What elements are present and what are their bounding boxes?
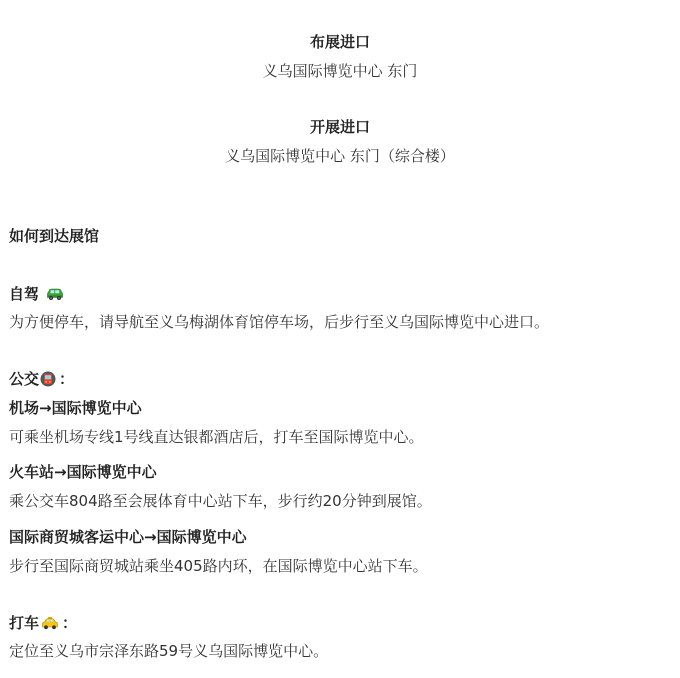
bus-route-3-text: 步行至国际商贸城站乘坐405路内环，在国际博览中心站下车。 (9, 556, 428, 576)
bus-route-2-text: 乘公交车804路至会展体育中心站下车，步行约20分钟到展馆。 (9, 491, 432, 511)
driving-heading: 自驾 (9, 284, 64, 304)
taxi-icon (41, 615, 59, 631)
open-entrance-section: 开展进口 义乌国际博览中心 东门（综合楼） (0, 117, 680, 166)
bus-heading: 公交 ： (9, 369, 74, 389)
taxi-label: 打车 (9, 614, 39, 632)
directions-heading: 如何到达展馆 (9, 226, 99, 246)
bus-label: 公交 (9, 370, 39, 388)
open-entrance-title: 开展进口 (0, 117, 680, 137)
bus-icon (40, 371, 56, 387)
setup-entrance-title: 布展进口 (0, 32, 680, 52)
car-icon (46, 286, 64, 302)
taxi-text: 定位至义乌市宗泽东路59号义乌国际博览中心。 (9, 641, 328, 661)
taxi-colon: ： (62, 614, 77, 632)
setup-entrance-section: 布展进口 义乌国际博览中心 东门 (0, 32, 680, 81)
driving-text: 为方便停车，请导航至义乌梅湖体育馆停车场，后步行至义乌国际博览中心进口。 (9, 312, 549, 332)
bus-route-1-title: 机场→国际博览中心 (9, 398, 142, 418)
bus-route-2-title: 火车站→国际博览中心 (9, 462, 157, 482)
bus-route-1-text: 可乘坐机场专线1号线直达银都酒店后，打车至国际博览中心。 (9, 427, 424, 447)
taxi-heading: 打车 ： (9, 613, 77, 633)
open-entrance-location: 义乌国际博览中心 东门（综合楼） (0, 146, 680, 166)
driving-label: 自驾 (9, 285, 39, 303)
setup-entrance-location: 义乌国际博览中心 东门 (0, 61, 680, 81)
bus-colon: ： (59, 370, 74, 388)
bus-route-3-title: 国际商贸城客运中心→国际博览中心 (9, 527, 247, 547)
